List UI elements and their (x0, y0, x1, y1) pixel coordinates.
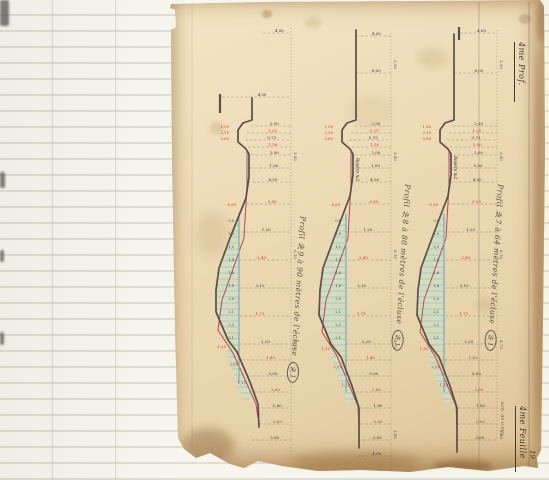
page-number: 19 (528, 450, 536, 470)
ecluse-number-badge: №1 (286, 362, 299, 384)
scanned-drawing-page: { "sheet": { "corner_top_label": "4me Pr… (0, 0, 549, 480)
paper-stain (262, 10, 272, 18)
paper-crease (52, 0, 53, 480)
ecluse-number-badge: №1 (484, 330, 497, 352)
paper-stain (418, 48, 448, 68)
sheet-number-label: 4me Feuille (515, 406, 527, 472)
sheet-series-label: 4me Prof. (514, 42, 526, 102)
drawing-sheet (167, 0, 545, 474)
paper-stain (305, 18, 321, 28)
paper-stain (196, 212, 230, 256)
paper-stain (519, 14, 531, 24)
paper-crease (115, 0, 116, 480)
binding-mark (0, 250, 4, 262)
binding-mark (0, 172, 5, 188)
binding-mark (0, 0, 9, 26)
ecluse-number-badge: №1 (391, 330, 404, 352)
paper-stain (348, 96, 392, 126)
paper-stain (210, 122, 224, 134)
binding-mark (0, 332, 4, 345)
paper-stain (534, 50, 542, 440)
scale-note: Ech. de 0,005 (499, 402, 504, 450)
paper-stain (290, 452, 420, 472)
